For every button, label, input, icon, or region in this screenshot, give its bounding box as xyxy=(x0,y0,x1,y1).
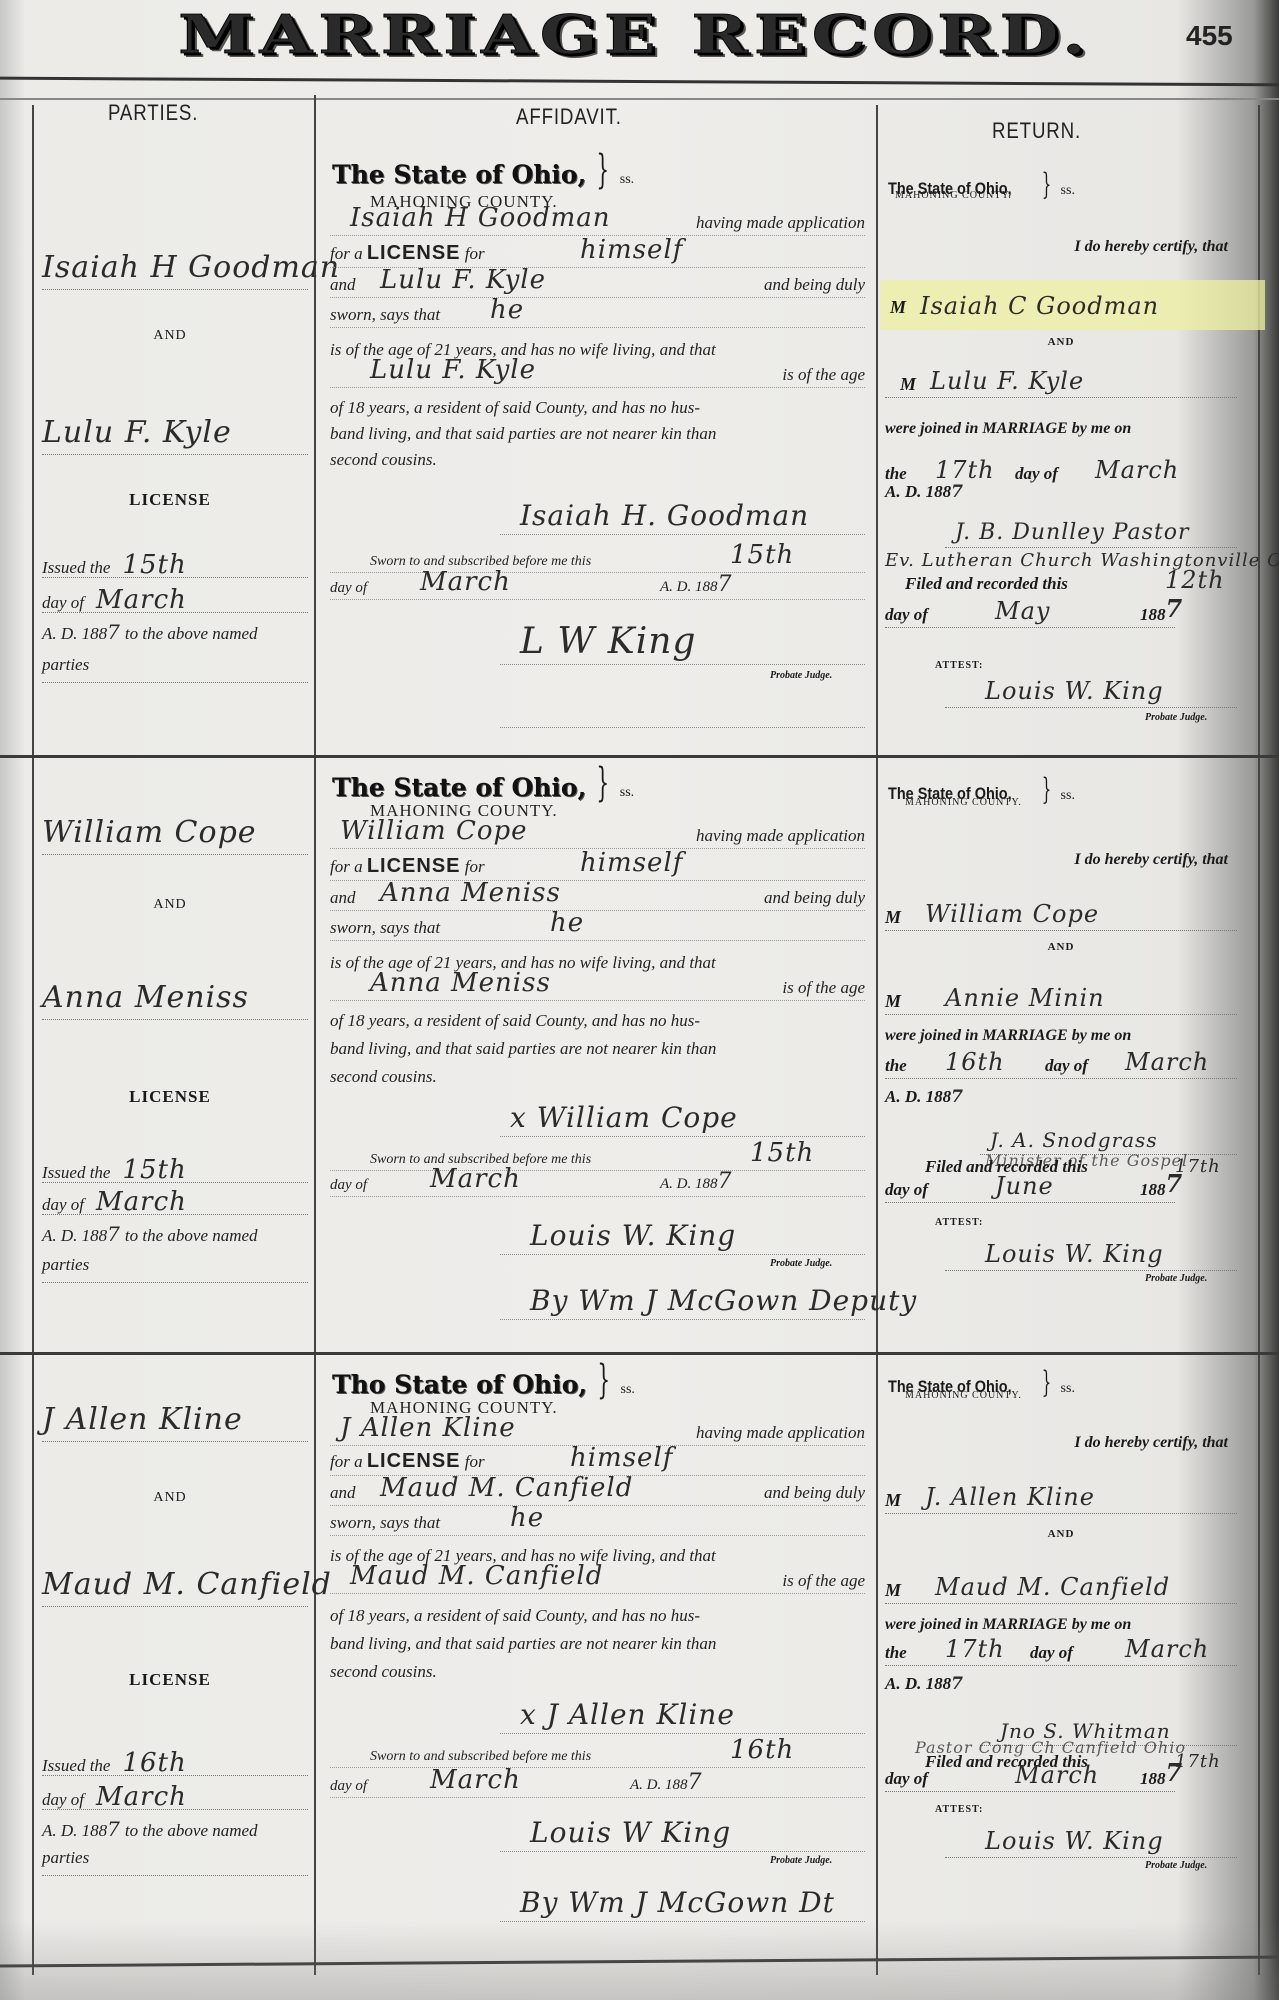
highlighted-groom-line: M Isaiah C Goodman xyxy=(880,280,1265,330)
attest-signature-line: Louis W. King xyxy=(945,1243,1237,1271)
attest-label: ATTEST: xyxy=(935,1804,983,1815)
applicant-signature: x William Cope xyxy=(510,1101,738,1134)
year-188-text: 188 xyxy=(1140,605,1166,624)
says-that-line: sworn, says that he xyxy=(330,913,865,941)
for-a-text: for a xyxy=(330,244,363,263)
officiant-name: J. B. Dunlley Pastor xyxy=(955,520,1190,545)
brace-icon: } xyxy=(1042,170,1052,200)
day-of-label: day of xyxy=(42,593,84,612)
m-prefix: M xyxy=(890,297,906,318)
ad-188-text: A. D. 188 xyxy=(630,1777,688,1793)
sworn-says-that-label: sworn, says that xyxy=(330,1513,440,1533)
judge-signature: Louis W. King xyxy=(530,1219,736,1252)
marriage-day: 16th xyxy=(945,1048,1005,1076)
certify-text: I do hereby certify, that xyxy=(1074,238,1228,256)
bride-line: Maud M. Canfield is of the age xyxy=(330,1566,865,1594)
having-made-application-label: having made application xyxy=(696,213,865,233)
sworn-month-line: day of March A. D. 1887 xyxy=(330,572,865,600)
groom-name: J Allen Kline xyxy=(42,1402,308,1442)
brace-icon: } xyxy=(1042,775,1052,805)
return-bride-line: M Maud M. Canfield xyxy=(885,1576,1237,1604)
certify-text: I do hereby certify, that xyxy=(1074,851,1228,869)
filed-month-line: day of June 1887 xyxy=(885,1175,1175,1203)
return-bride-line: M Lulu F. Kyle xyxy=(885,370,1237,398)
ad-188-text: A. D. 188 xyxy=(885,1674,951,1693)
attest-signature: Louis W. King xyxy=(985,1240,1164,1268)
marriage-date-line: the 16th day of March xyxy=(885,1051,1237,1079)
brace-icon: } xyxy=(597,1360,610,1400)
and-party-line: and Lulu F. Kyle and being duly xyxy=(330,270,865,298)
sworn-day-line: Sworn to and subscribed before me this 1… xyxy=(330,1143,865,1171)
state-heading-block: The State of Ohio, } ss. xyxy=(332,150,634,190)
license-label: LICENSE xyxy=(30,1087,310,1107)
and-label: AND xyxy=(885,1528,1237,1540)
for-text: for xyxy=(465,1452,485,1471)
having-made-application-label: having made application xyxy=(696,826,865,846)
year-188-text: 188 xyxy=(1140,1180,1166,1199)
license-issued-day-line: Issued the 15th xyxy=(42,550,308,578)
age-18-text: of 18 years, a resident of said County, … xyxy=(330,1606,865,1626)
applicant-signature: Isaiah H. Goodman xyxy=(520,499,809,532)
affidavit-bride-name: Lulu F. Kyle xyxy=(370,355,536,385)
license-year-digit: 7 xyxy=(107,1817,121,1841)
deputy-signature: By Wm J McGown Dt xyxy=(520,1886,835,1919)
license-for-whom: himself xyxy=(580,235,683,265)
license-year-line: A. D. 1887 to the above named xyxy=(42,1817,308,1845)
applicant-signature-line: x J Allen Kline xyxy=(500,1704,865,1734)
attest-signature-line: Louis W. King xyxy=(945,1830,1237,1858)
column-divider xyxy=(314,95,316,1975)
bride-name: Anna Meniss xyxy=(42,980,308,1020)
filed-month: June xyxy=(995,1172,1054,1200)
sworn-month-line: day of March A. D. 1887 xyxy=(330,1770,865,1798)
return-groom-line: M J. Allen Kline xyxy=(885,1486,1237,1514)
return-bride-name: Lulu F. Kyle xyxy=(930,367,1084,395)
judge-signature: L W King xyxy=(520,621,696,662)
brace-icon: } xyxy=(597,763,610,803)
filed-month-line: day of March 1887 xyxy=(885,1764,1175,1792)
ad-label: A. D. 1887 xyxy=(660,572,733,597)
says-that-value: he xyxy=(550,908,584,938)
m-prefix: M xyxy=(885,907,901,928)
license-year-line: A. D. 1887 to the above named xyxy=(42,620,308,648)
and-being-duly-label: and being duly xyxy=(764,1483,865,1503)
applicant-name: J Allen Kline xyxy=(340,1413,516,1443)
day-of-label: day of xyxy=(330,1177,367,1194)
and-party-name: Maud M. Canfield xyxy=(380,1473,633,1503)
year-188-text: 188 xyxy=(1140,1769,1166,1788)
ad-188-text: A. D. 188 xyxy=(660,1176,718,1192)
deputy-signature: By Wm J McGown Deputy xyxy=(530,1284,917,1317)
ss-label: ss. xyxy=(1061,183,1075,198)
says-that-value: he xyxy=(490,295,524,325)
parties-label: parties xyxy=(42,655,89,674)
deputy-signature-line: By Wm J McGown Deputy xyxy=(500,1290,865,1320)
probate-judge-caption: Probate Judge. xyxy=(1145,712,1207,723)
sworn-day: 16th xyxy=(730,1735,794,1765)
day-of-label: day of xyxy=(1030,1643,1073,1663)
state-heading: Tho State of Ohio, xyxy=(332,1370,587,1399)
parties-line: parties xyxy=(42,1255,308,1283)
affidavit-bride-name: Anna Meniss xyxy=(370,968,551,998)
ss-label: ss. xyxy=(1061,1381,1075,1396)
bride-line: Lulu F. Kyle is of the age xyxy=(330,360,865,388)
license-issued-day: 16th xyxy=(122,1748,186,1778)
ss-label: ss. xyxy=(1061,788,1075,803)
ad-label: A. D. 1887 xyxy=(630,1770,703,1795)
entry-separator xyxy=(0,1352,1279,1355)
column-divider xyxy=(32,105,34,1975)
sworn-to-label: Sworn to and subscribed before me this xyxy=(370,1749,591,1765)
applicant-line: William Cope having made application xyxy=(330,821,865,849)
second-cousins-text: second cousins. xyxy=(330,1662,865,1682)
second-cousins-text: second cousins. xyxy=(330,450,865,470)
column-divider xyxy=(1258,105,1260,1975)
sworn-says-that-label: sworn, says that xyxy=(330,918,440,938)
license-word: LICENSE xyxy=(367,1450,461,1472)
license-label: LICENSE xyxy=(30,490,310,510)
applicant-line: J Allen Kline having made application xyxy=(330,1418,865,1446)
probate-judge-caption: Probate Judge. xyxy=(770,670,832,681)
license-issued-month: March xyxy=(96,585,187,615)
license-for-line: for a LICENSE for himself xyxy=(330,853,865,881)
groom-name: Isaiah H Goodman xyxy=(42,250,308,290)
license-word: LICENSE xyxy=(367,242,461,264)
attest-signature-line: Louis W. King xyxy=(945,680,1237,708)
license-year-line: A. D. 1887 to the above named xyxy=(42,1222,308,1250)
license-for-line: for a LICENSE for himself xyxy=(330,1448,865,1476)
marriage-year: A. D. 1887 xyxy=(885,1087,964,1107)
deputy-signature-line xyxy=(500,698,865,728)
license-label: LICENSE xyxy=(30,1670,310,1690)
filed-year-digit: 7 xyxy=(1166,1169,1184,1198)
judge-signature-line: Louis W King xyxy=(500,1822,865,1852)
probate-judge-caption: Probate Judge. xyxy=(1145,1860,1207,1871)
filed-month-line: day of May 1887 xyxy=(885,600,1175,628)
to-above-named-label: to the above named xyxy=(125,1226,258,1245)
column-header-affidavit: AFFIDAVIT. xyxy=(516,104,622,130)
filed-year: 1887 xyxy=(1140,605,1166,625)
ad-188-text: A. D. 188 xyxy=(885,1087,951,1106)
license-year-digit: 7 xyxy=(107,620,121,644)
day-of-label: day of xyxy=(885,605,928,625)
and-party-name: Anna Meniss xyxy=(380,878,561,908)
officiant-line: J. B. Dunlley Pastor xyxy=(945,520,1237,548)
probate-judge-caption: Probate Judge. xyxy=(770,1855,832,1866)
ad-label: A. D. 188 xyxy=(42,624,107,643)
attest-label: ATTEST: xyxy=(935,1217,983,1228)
and-party-line: and Maud M. Canfield and being duly xyxy=(330,1478,865,1506)
probate-judge-caption: Probate Judge. xyxy=(1145,1273,1207,1284)
applicant-signature-line: x William Cope xyxy=(500,1107,865,1137)
day-of-label: day of xyxy=(885,1769,928,1789)
sworn-day-line: Sworn to and subscribed before me this 1… xyxy=(330,1740,865,1768)
filed-label: Filed and recorded this xyxy=(905,574,1068,594)
filed-year: 1887 xyxy=(1140,1769,1166,1789)
band-living-text: band living, and that said parties are n… xyxy=(330,424,865,444)
filed-month: March xyxy=(1015,1761,1099,1789)
license-issued-month: March xyxy=(96,1782,187,1812)
certify-text: I do hereby certify, that xyxy=(1074,1434,1228,1452)
return-groom-name: Isaiah C Goodman xyxy=(920,292,1159,320)
judge-signature: Louis W King xyxy=(530,1816,731,1849)
the-label: the xyxy=(885,464,907,484)
day-of-label: day of xyxy=(42,1790,84,1809)
attest-signature: Louis W. King xyxy=(985,677,1164,705)
and-text: and xyxy=(330,275,356,295)
judge-signature-line: Louis W. King xyxy=(500,1225,865,1255)
m-prefix: M xyxy=(885,1490,901,1511)
marriage-year-digit: 7 xyxy=(951,482,964,502)
applicant-name: Isaiah H Goodman xyxy=(350,203,611,233)
marriage-year-digit: 7 xyxy=(951,1087,964,1107)
license-issued-month-line: day of March xyxy=(42,1187,308,1215)
deputy-signature-line: By Wm J McGown Dt xyxy=(500,1892,865,1922)
sworn-year-digit: 7 xyxy=(718,572,733,597)
parties-label: parties xyxy=(42,1255,89,1274)
return-county-label: MAHONING COUNTY. xyxy=(895,190,1012,201)
state-heading-block: The State of Ohio, } ss. xyxy=(332,763,634,803)
ss-label: ss. xyxy=(621,1382,635,1397)
bride-name: Lulu F. Kyle xyxy=(42,415,308,455)
and-being-duly-label: and being duly xyxy=(764,275,865,295)
sworn-month: March xyxy=(430,1164,521,1194)
return-bride-name: Annie Minin xyxy=(945,984,1105,1012)
issued-the-label: Issued the xyxy=(42,1756,110,1775)
filed-month: May xyxy=(995,597,1050,625)
issued-the-label: Issued the xyxy=(42,1163,110,1182)
license-for-whom: himself xyxy=(570,1443,673,1473)
state-heading-block: Tho State of Ohio, } ss. xyxy=(332,1360,635,1400)
day-of-label: day of xyxy=(1045,1056,1088,1076)
sworn-month-line: day of March A. D. 1887 xyxy=(330,1169,865,1197)
age-18-text: of 18 years, a resident of said County, … xyxy=(330,1011,865,1031)
and-label: AND xyxy=(885,336,1237,348)
sworn-day: 15th xyxy=(730,540,794,570)
marriage-day: 17th xyxy=(935,456,995,484)
filed-day: 12th xyxy=(1165,566,1225,594)
marriage-month: March xyxy=(1095,456,1179,484)
license-issued-month-line: day of March xyxy=(42,585,308,613)
license-year-digit: 7 xyxy=(107,1222,121,1246)
parties-line: parties xyxy=(42,1848,308,1876)
applicant-signature-line: Isaiah H. Goodman xyxy=(500,505,865,535)
for-text: for xyxy=(465,244,485,263)
marriage-day: 17th xyxy=(945,1635,1005,1663)
age-18-text: of 18 years, a resident of said County, … xyxy=(330,398,865,418)
sworn-says-that-label: sworn, says that xyxy=(330,305,440,325)
day-of-label: day of xyxy=(1015,464,1058,484)
and-text: and xyxy=(330,1483,356,1503)
license-issued-month: March xyxy=(96,1187,187,1217)
ad-label: A. D. 188 xyxy=(42,1821,107,1840)
judge-signature-line: L W King xyxy=(500,635,865,665)
ss-label: ss. xyxy=(620,172,634,187)
to-above-named-label: to the above named xyxy=(125,1821,258,1840)
bride-line: Anna Meniss is of the age xyxy=(330,973,865,1001)
return-bride-name: Maud M. Canfield xyxy=(935,1573,1170,1601)
column-divider xyxy=(876,105,878,1975)
sworn-month: March xyxy=(430,1765,521,1795)
license-issued-day: 15th xyxy=(122,1155,186,1185)
the-label: the xyxy=(885,1056,907,1076)
return-bride-line: M Annie Minin xyxy=(885,987,1237,1015)
return-groom-name: William Cope xyxy=(925,900,1099,928)
to-above-named-label: to the above named xyxy=(125,624,258,643)
license-issued-day-line: Issued the 16th xyxy=(42,1748,308,1776)
filed-line: Filed and recorded this 17th xyxy=(885,1147,1237,1175)
and-label: AND xyxy=(30,328,310,344)
marriage-month: March xyxy=(1125,1048,1209,1076)
filed-year-digit: 7 xyxy=(1166,1758,1184,1787)
ad-188-text: A. D. 188 xyxy=(660,579,718,595)
license-for-whom: himself xyxy=(580,848,683,878)
sworn-year-digit: 7 xyxy=(688,1770,703,1795)
marriage-year: A. D. 1887 xyxy=(885,482,964,502)
license-for-line: for a LICENSE for himself xyxy=(330,240,865,268)
having-made-application-label: having made application xyxy=(696,1423,865,1443)
brace-icon: } xyxy=(597,150,610,190)
joined-text: were joined in MARRIAGE by me on xyxy=(885,1027,1131,1045)
for-a-license-label: for a LICENSE for xyxy=(330,242,485,265)
says-that-line: sworn, says that he xyxy=(330,1508,865,1536)
day-of-label: day of xyxy=(330,580,367,597)
sworn-day: 15th xyxy=(750,1138,814,1168)
attest-label: ATTEST: xyxy=(935,660,983,671)
filed-line: Filed and recorded this 12th xyxy=(885,568,1237,596)
applicant-line: Isaiah H Goodman having made application xyxy=(330,208,865,236)
for-text: for xyxy=(465,857,485,876)
applicant-signature: x J Allen Kline xyxy=(520,1698,735,1731)
ss-label: ss. xyxy=(620,785,634,800)
day-of-label: day of xyxy=(885,1180,928,1200)
marriage-month: March xyxy=(1125,1635,1209,1663)
marriage-date-line: the 17th day of March xyxy=(885,1638,1237,1666)
for-a-text: for a xyxy=(330,857,363,876)
column-header-return: RETURN. xyxy=(992,118,1081,144)
column-header-parties: PARTIES. xyxy=(108,100,198,126)
issued-the-label: Issued the xyxy=(42,558,110,577)
sworn-year-digit: 7 xyxy=(718,1169,733,1194)
for-a-license-label: for a LICENSE for xyxy=(330,1450,485,1473)
the-label: the xyxy=(885,1643,907,1663)
is-of-age-label: is of the age xyxy=(782,1571,865,1591)
parties-line: parties xyxy=(42,655,308,683)
sworn-month: March xyxy=(420,567,511,597)
is-of-age-label: is of the age xyxy=(782,365,865,385)
sworn-day-line: Sworn to and subscribed before me this 1… xyxy=(330,545,865,573)
entry-separator xyxy=(0,755,1279,758)
day-of-label: day of xyxy=(42,1195,84,1214)
day-of-label: day of xyxy=(330,1778,367,1795)
attest-signature: Louis W. King xyxy=(985,1827,1164,1855)
return-county-label: MAHONING COUNTY. xyxy=(905,797,1022,808)
license-issued-day-line: Issued the 15th xyxy=(42,1155,308,1183)
license-issued-month-line: day of March xyxy=(42,1782,308,1810)
second-cousins-text: second cousins. xyxy=(330,1067,865,1087)
marriage-year: A. D. 1887 xyxy=(885,1674,964,1694)
license-word: LICENSE xyxy=(367,855,461,877)
for-a-text: for a xyxy=(330,1452,363,1471)
ledger-page: MARRIAGE RECORD. 455 PARTIES. AFFIDAVIT.… xyxy=(0,0,1279,2000)
m-prefix: M xyxy=(885,991,901,1012)
applicant-name: William Cope xyxy=(340,816,528,846)
is-of-age-label: is of the age xyxy=(782,978,865,998)
license-issued-day: 15th xyxy=(122,550,186,580)
page-title: MARRIAGE RECORD. xyxy=(120,4,1150,66)
return-groom-name: J. Allen Kline xyxy=(925,1483,1095,1511)
affidavit-bride-name: Maud M. Canfield xyxy=(350,1561,603,1591)
for-a-license-label: for a LICENSE for xyxy=(330,855,485,878)
filed-year: 1887 xyxy=(1140,1180,1166,1200)
marriage-date-line: the 17th day of March xyxy=(885,430,1237,458)
brace-icon: } xyxy=(1042,1368,1052,1398)
parties-label: parties xyxy=(42,1848,89,1867)
return-county-label: MAHONING COUNTY. xyxy=(905,1390,1022,1401)
and-label: AND xyxy=(30,1490,310,1506)
and-label: AND xyxy=(30,897,310,913)
marriage-year-digit: 7 xyxy=(951,1674,964,1694)
joined-text: were joined in MARRIAGE by me on xyxy=(885,1616,1131,1634)
filed-year-digit: 7 xyxy=(1166,594,1184,623)
ad-188-text: A. D. 188 xyxy=(885,482,951,501)
state-heading: The State of Ohio, xyxy=(332,773,586,802)
header-rule xyxy=(0,77,1279,87)
says-that-value: he xyxy=(510,1503,544,1533)
state-heading: The State of Ohio, xyxy=(332,160,586,189)
probate-judge-caption: Probate Judge. xyxy=(770,1258,832,1269)
ad-label: A. D. 188 xyxy=(42,1226,107,1245)
return-groom-line: M William Cope xyxy=(885,903,1237,931)
m-prefix: M xyxy=(900,374,916,395)
groom-name: William Cope xyxy=(42,815,308,855)
page-number: 455 xyxy=(1186,20,1233,52)
says-that-line: sworn, says that he xyxy=(330,300,865,328)
and-being-duly-label: and being duly xyxy=(764,888,865,908)
and-label: AND xyxy=(885,941,1237,953)
and-text: and xyxy=(330,888,356,908)
entry-separator xyxy=(0,1956,1279,1968)
m-prefix: M xyxy=(885,1580,901,1601)
and-party-name: Lulu F. Kyle xyxy=(380,265,546,295)
bride-name: Maud M. Canfield xyxy=(42,1567,308,1607)
ad-label: A. D. 1887 xyxy=(660,1169,733,1194)
band-living-text: band living, and that said parties are n… xyxy=(330,1039,865,1059)
band-living-text: band living, and that said parties are n… xyxy=(330,1634,865,1654)
and-party-line: and Anna Meniss and being duly xyxy=(330,883,865,911)
